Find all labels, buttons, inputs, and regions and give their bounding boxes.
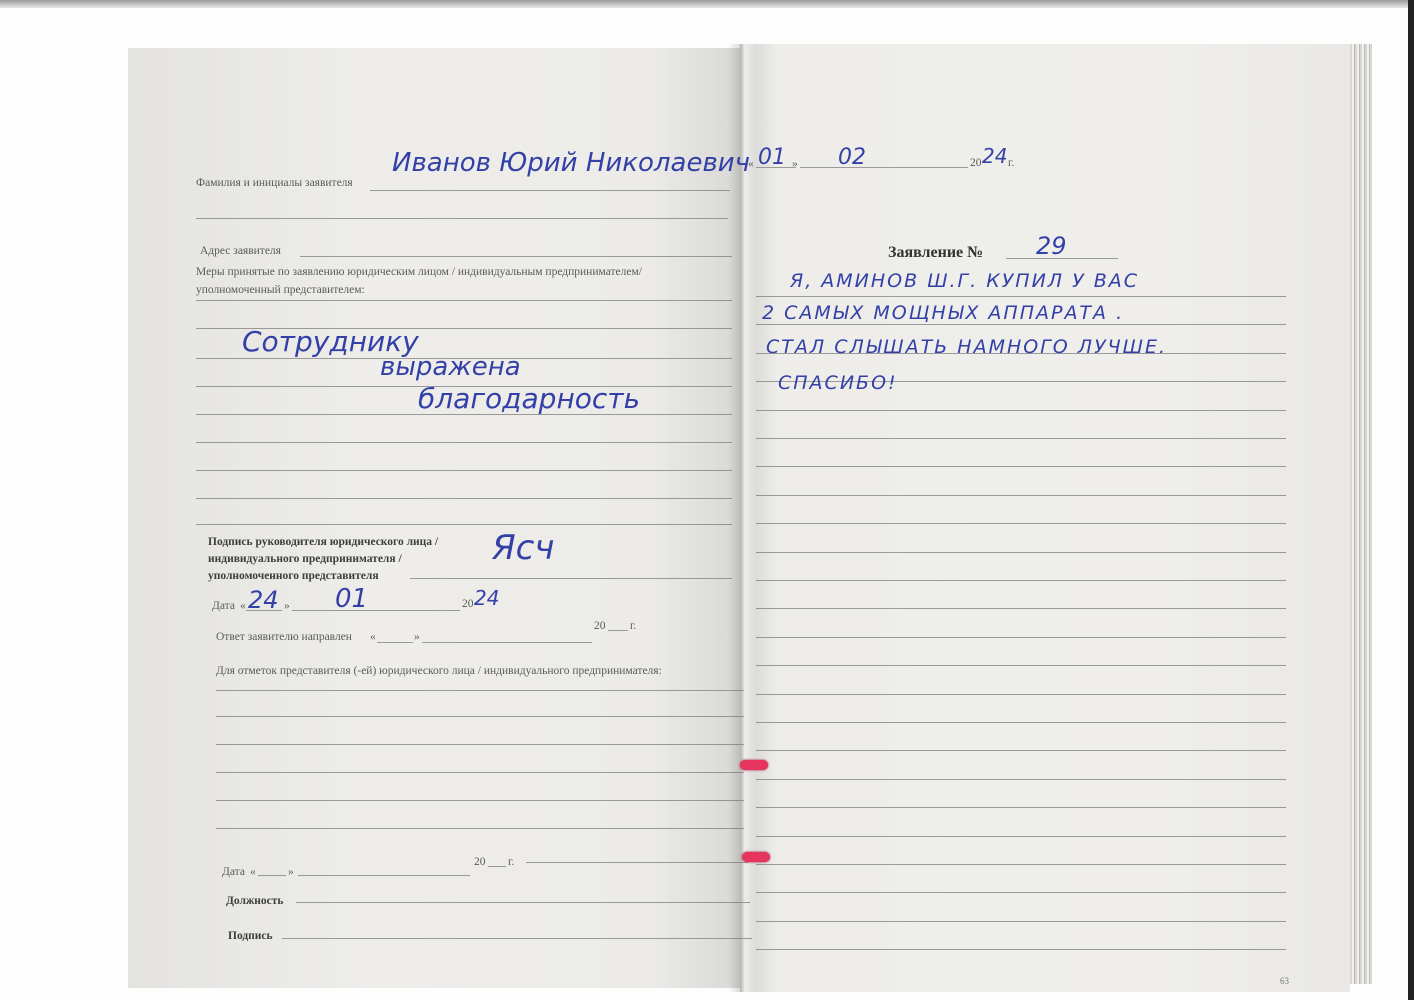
binding-stitch xyxy=(740,760,768,770)
ruled-line xyxy=(216,716,744,717)
ruled-line xyxy=(216,828,744,829)
book-gutter xyxy=(728,44,756,992)
statement-line-4[interactable]: СПАСИБО! xyxy=(778,372,898,394)
applicant-name-label: Фамилия и инициалы заявителя xyxy=(196,177,353,189)
date-open-quote: « xyxy=(240,600,246,612)
left-page xyxy=(128,48,740,988)
ruled-line xyxy=(756,836,1286,837)
reply-quote-open: « xyxy=(370,631,376,643)
ruled-line xyxy=(756,807,1286,808)
bottom-year-suffix: г. xyxy=(508,856,514,868)
ruled-line xyxy=(216,744,744,745)
position-line xyxy=(296,902,750,903)
bottom-year-line xyxy=(488,866,506,867)
ruled-line xyxy=(756,779,1286,780)
ruled-line xyxy=(196,300,732,301)
ruled-line xyxy=(756,410,1286,411)
reply-month-line xyxy=(422,642,592,643)
applicant-name-line-2 xyxy=(196,218,728,219)
scan-border-top xyxy=(0,0,1414,8)
right-date-year-suffix: г. xyxy=(1008,157,1014,169)
ruled-line xyxy=(216,690,744,691)
reply-year-prefix: 20 xyxy=(594,620,606,632)
date-year[interactable]: 24 xyxy=(474,586,499,610)
address-label: Адрес заявителя xyxy=(200,245,281,257)
date-label: Дата xyxy=(212,600,235,612)
ruled-line xyxy=(756,580,1286,581)
ruled-line xyxy=(756,921,1286,922)
address-line xyxy=(300,256,732,257)
applicant-name-value[interactable]: Иванов Юрий Николаевич xyxy=(392,148,750,178)
measures-label-2: уполномоченный представителем: xyxy=(196,284,365,296)
notes-label: Для отметок представителя (-ей) юридичес… xyxy=(216,665,662,677)
date-month[interactable]: 01 xyxy=(335,584,368,614)
ruled-line xyxy=(756,495,1286,496)
ruled-line xyxy=(756,552,1286,553)
ruled-line xyxy=(756,665,1286,666)
ruled-line xyxy=(756,864,1286,865)
ruled-line xyxy=(756,438,1286,439)
right-date-quote-close: » xyxy=(792,158,798,170)
position-label: Должность xyxy=(226,893,284,910)
date-year-prefix: 20 xyxy=(462,598,474,610)
bottom-date-month-line xyxy=(298,875,470,876)
statement-label: Заявление № xyxy=(888,244,983,262)
signature-label-1: Подпись руководителя юридического лица / xyxy=(208,534,438,551)
right-date-month-line xyxy=(800,167,968,168)
ruled-line xyxy=(756,324,1286,325)
page-number: 63 xyxy=(1280,976,1289,986)
measures-value-3[interactable]: благодарность xyxy=(418,382,640,415)
ruled-line xyxy=(756,750,1286,751)
bottom-date-extra-line xyxy=(526,862,748,863)
ruled-line xyxy=(756,694,1286,695)
bottom-date-label: Дата xyxy=(222,866,245,878)
ruled-line xyxy=(756,892,1286,893)
ruled-line xyxy=(216,800,744,801)
right-date-day[interactable]: 01 xyxy=(758,145,786,170)
statement-line-3[interactable]: СТАЛ СЛЫШАТЬ НАМНОГО ЛУЧШЕ. xyxy=(766,336,1167,358)
bottom-date-quote-open: « xyxy=(250,866,256,878)
bottom-date-quote-close: » xyxy=(288,866,294,878)
ruled-line xyxy=(756,523,1286,524)
date-month-line xyxy=(292,610,460,611)
right-date-month[interactable]: 02 xyxy=(838,145,866,170)
measures-label-1: Меры принятые по заявлению юридическим л… xyxy=(196,266,642,278)
signature-label-3: уполномоченного представителя xyxy=(208,568,379,585)
ruled-line xyxy=(756,949,1286,950)
ruled-line xyxy=(196,524,732,525)
reply-year-line xyxy=(608,630,628,631)
statement-line-1[interactable]: Я, АМИНОВ Ш.Г. КУПИЛ У ВАС xyxy=(790,270,1139,292)
binding-stitch xyxy=(742,852,770,862)
page-edges xyxy=(1350,44,1372,984)
ruled-line xyxy=(756,296,1286,297)
bottom-year-prefix: 20 xyxy=(474,856,486,868)
date-close-quote: » xyxy=(284,600,290,612)
measures-value-2[interactable]: выражена xyxy=(380,352,521,382)
statement-line-2[interactable]: 2 САМЫХ МОЩНЫХ АППАРАТА . xyxy=(762,302,1124,324)
ruled-line xyxy=(196,470,732,471)
ruled-line xyxy=(756,466,1286,467)
right-date-quote-open: « xyxy=(748,158,754,170)
scan-border-right xyxy=(1408,0,1414,1000)
ruled-line xyxy=(756,608,1286,609)
signature-label-2: индивидуального предпринимателя / xyxy=(208,551,402,568)
right-page xyxy=(740,44,1350,992)
signature-line xyxy=(410,578,732,579)
date-day[interactable]: 24 xyxy=(248,586,279,614)
ruled-line xyxy=(196,442,732,443)
sign-label: Подпись xyxy=(228,928,273,945)
ruled-line xyxy=(756,722,1286,723)
statement-number[interactable]: 29 xyxy=(1036,232,1067,260)
bottom-date-day-line xyxy=(258,875,286,876)
reply-year-suffix: г. xyxy=(630,620,636,632)
right-date-year[interactable]: 24 xyxy=(982,144,1007,168)
applicant-name-line xyxy=(370,190,730,191)
reply-quote-close: » xyxy=(414,631,420,643)
right-date-year-prefix: 20 xyxy=(970,157,982,169)
reply-label: Ответ заявителю направлен xyxy=(216,631,352,643)
ruled-line xyxy=(196,498,732,499)
ruled-line xyxy=(756,637,1286,638)
ruled-line xyxy=(216,772,744,773)
signature-value[interactable]: Ясч xyxy=(492,528,554,568)
reply-day-line xyxy=(377,642,413,643)
sign-line xyxy=(282,938,752,939)
